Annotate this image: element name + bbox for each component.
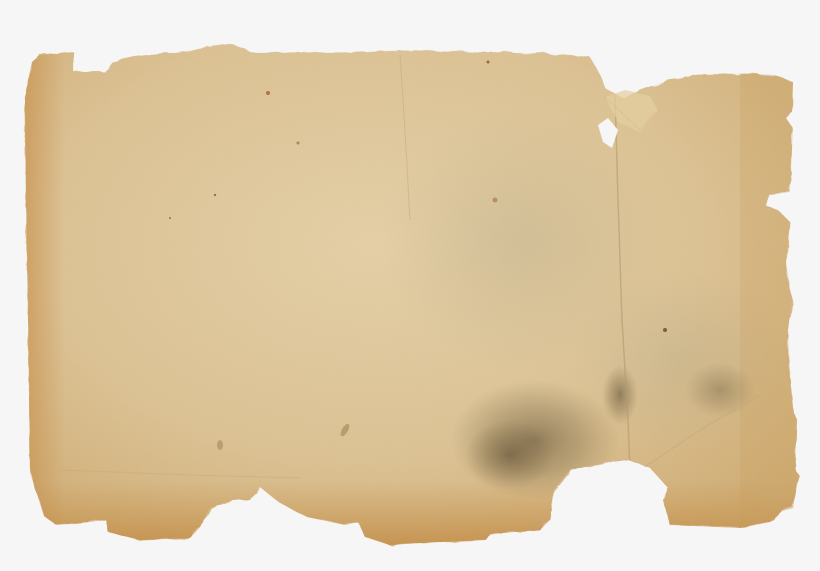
torn-paper-image	[0, 0, 820, 571]
